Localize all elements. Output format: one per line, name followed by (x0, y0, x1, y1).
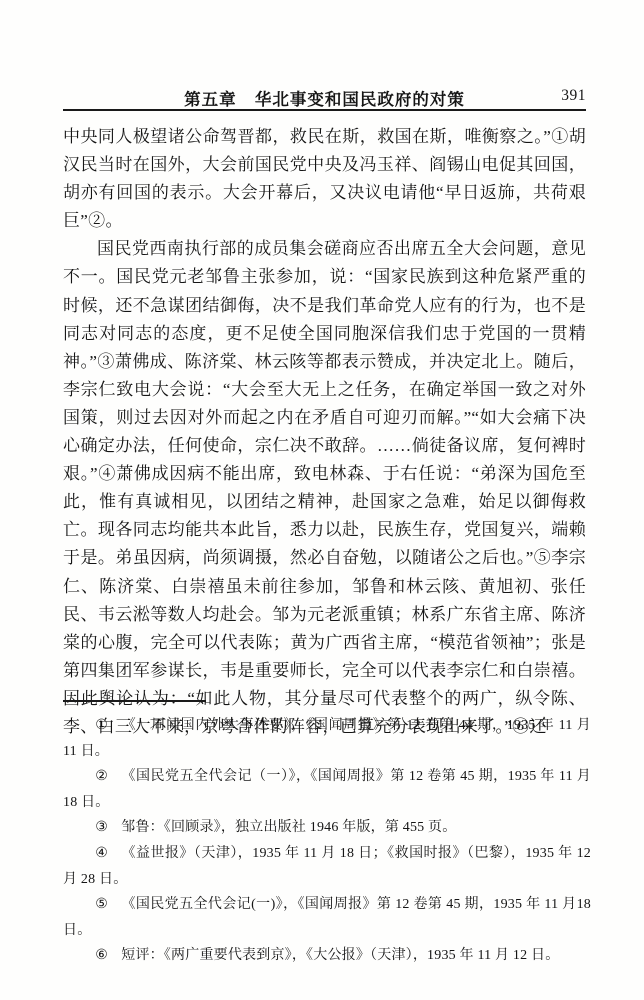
chapter-title: 华北事变和国民政府的对策 (255, 91, 465, 109)
footnote-marker: ② (95, 769, 108, 784)
body-paragraph-2: 国民党西南执行部的成员集会磋商应否出席五全大会问题，意见不一。国民党元老邹鲁主张… (63, 235, 586, 741)
header-rule (63, 109, 586, 111)
footnote-item: ②《国民党五全代会记（一）》，《国闻周报》第 12 卷第 45 期，1935 年… (63, 764, 591, 815)
footnote-marker: ⑤ (95, 897, 108, 912)
footnotes: ①《一周间国内外大事述要》，《国闻周报》第 12 卷第 44 期，1935 年 … (63, 713, 591, 969)
footnote-text: 短评：《两广重要代表到京》，《大公报》（天津），1935 年 11 月 12 日… (121, 948, 559, 963)
footnote-item: ①《一周间国内外大事述要》，《国闻周报》第 12 卷第 44 期，1935 年 … (63, 713, 591, 764)
footnote-item: ③邹鲁：《回顾录》，独立出版社 1946 年版，第 455 页。 (63, 815, 591, 841)
footnote-text: 《国民党五全代会记(一)》，《国闻周报》第 12 卷第 45 期，1935 年 … (63, 897, 591, 938)
footnote-text: 《一周间国内外大事述要》，《国闻周报》第 12 卷第 44 期，1935 年 1… (63, 718, 591, 759)
page-number: 391 (561, 87, 586, 105)
footnote-marker: ① (95, 718, 108, 733)
footnote-text: 邹鲁：《回顾录》，独立出版社 1946 年版，第 455 页。 (121, 820, 456, 835)
running-head: 第五章华北事变和国民政府的对策 (63, 86, 586, 110)
footnote-text: 《国民党五全代会记（一）》，《国闻周报》第 12 卷第 45 期，1935 年 … (63, 769, 591, 810)
footnote-text: 《益世报》（天津），1935 年 11 月 18 日；《救国时报》（巴黎），19… (63, 846, 591, 887)
footnote-marker: ③ (95, 820, 108, 835)
chapter-number: 第五章 (184, 91, 237, 109)
footnote-marker: ⑥ (95, 948, 108, 963)
footnote-item: ⑥短评：《两广重要代表到京》，《大公报》（天津），1935 年 11 月 12 … (63, 943, 591, 969)
book-page: 第五章华北事变和国民政府的对策 391 中央同人极望诸公命驾晋都，救民在斯，救国… (0, 0, 644, 1000)
body-text: 中央同人极望诸公命驾晋都，救民在斯，救国在斯，唯衡察之。”①胡汉民当时在国外，大… (63, 123, 586, 741)
footnote-separator (63, 700, 206, 702)
body-paragraph-1: 中央同人极望诸公命驾晋都，救民在斯，救国在斯，唯衡察之。”①胡汉民当时在国外，大… (63, 123, 586, 235)
footnote-item: ⑤《国民党五全代会记(一)》，《国闻周报》第 12 卷第 45 期，1935 年… (63, 892, 591, 943)
footnote-item: ④《益世报》（天津），1935 年 11 月 18 日；《救国时报》（巴黎），1… (63, 841, 591, 892)
page-header: 第五章华北事变和国民政府的对策 391 (63, 86, 586, 108)
footnote-marker: ④ (95, 846, 108, 861)
